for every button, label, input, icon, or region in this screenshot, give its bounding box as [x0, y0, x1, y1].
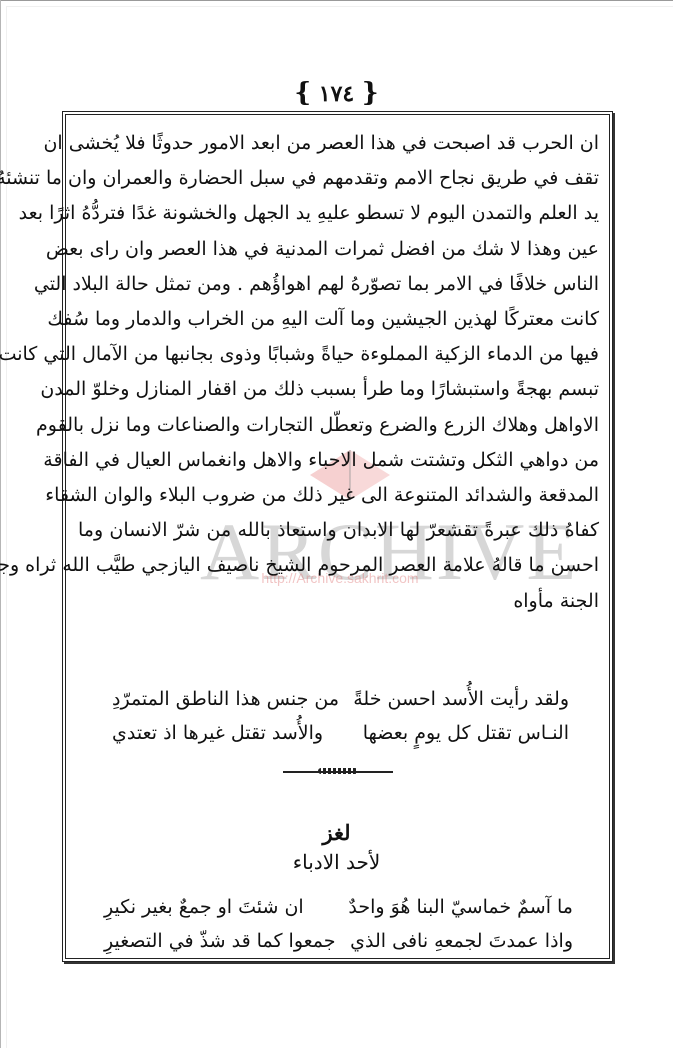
- text-line: الجنة مأواه: [78, 584, 599, 619]
- divider-flourish-icon: [318, 768, 358, 774]
- text-line: الناس خلافًا في الامر بما تصوّرهُ لهم اه…: [78, 267, 599, 302]
- text-line: ان الحرب قد اصبحت في هذا العصر من ابعد ا…: [78, 126, 599, 161]
- poem-verse: واذا عمدتَ لجمعهِ نافى الذي جمعوا كما قد…: [78, 924, 599, 958]
- poem-verse: النـاس تقتل كل يومٍ بعضها والأُسد تقتل غ…: [78, 716, 599, 750]
- verse-first-hemistich: واذا عمدتَ لجمعهِ نافى الذي: [350, 924, 573, 958]
- page-number: { ١٧٤ }: [0, 78, 673, 108]
- text-line: احسن ما قالهُ علامة العصر المرحوم الشيخ …: [78, 548, 599, 583]
- section-subtitle: لأحد الادباء: [0, 850, 673, 874]
- text-line: تقف في طريق نجاح الامم وتقدمهم في سبل ال…: [78, 161, 599, 196]
- verse-second-hemistich: جمعوا كما قد شذّ في التصغيرِ: [104, 924, 336, 958]
- section-title: لغز: [0, 820, 673, 845]
- poem-verse: ما آسمٌ خماسيّ البنا هُوَ واحدٌ ان شئتَ …: [78, 890, 599, 924]
- text-line: كانت معتركًا لهذين الجيشين وما آلت اليهِ…: [78, 302, 599, 337]
- text-line: كفاهُ ذلك عبرةً تقشعرّ لها الابدان واستع…: [78, 513, 599, 548]
- text-line: من دواهي الثكل وتشتت شمل الاحباء والاهل …: [78, 443, 599, 478]
- brace-right-ornament: }: [362, 78, 379, 108]
- page-number-value: ١٧٤: [319, 81, 354, 107]
- brace-left-ornament: {: [294, 78, 311, 108]
- text-line: الاواهل وهلاك الزرع والضرع وتعطّل التجار…: [78, 408, 599, 443]
- text-line: تبسم بهجةً واستبشارًا وما طرأ بسبب ذلك م…: [78, 372, 599, 407]
- poem-yaziji: ولقد رأيت الأُسد احسن خلةً من جنس هذا ال…: [78, 682, 599, 750]
- verse-second-hemistich: من جنس هذا الناطق المتمرّدِ: [112, 682, 339, 716]
- verse-first-hemistich: ولقد رأيت الأُسد احسن خلةً: [353, 682, 569, 716]
- text-line: عين وهذا لا شك من افضل ثمرات المدنية في …: [78, 232, 599, 267]
- viewer-inner-top-edge: [6, 6, 673, 7]
- verse-second-hemistich: ان شئتَ او جمعٌ بغير نكيرِ: [104, 890, 304, 924]
- section-divider-ornament: [283, 768, 393, 774]
- viewer-left-border: [0, 0, 1, 1048]
- verse-first-hemistich: النـاس تقتل كل يومٍ بعضها: [363, 716, 569, 750]
- body-paragraph: ان الحرب قد اصبحت في هذا العصر من ابعد ا…: [78, 126, 599, 619]
- text-line: المدقعة والشدائد المتنوعة الى غير ذلك من…: [78, 478, 599, 513]
- viewer-top-border: [0, 0, 673, 1]
- poem-verse: ولقد رأيت الأُسد احسن خلةً من جنس هذا ال…: [78, 682, 599, 716]
- verse-second-hemistich: والأُسد تقتل غيرها اذ تعتدي: [112, 716, 323, 750]
- text-line: فيها من الدماء الزكية المملوءة حياةً وشب…: [78, 337, 599, 372]
- verse-first-hemistich: ما آسمٌ خماسيّ البنا هُوَ واحدٌ: [348, 890, 573, 924]
- poem-riddle: ما آسمٌ خماسيّ البنا هُوَ واحدٌ ان شئتَ …: [78, 890, 599, 958]
- text-line: يد العلم والتمدن اليوم لا تسطو عليهِ يد …: [78, 196, 599, 231]
